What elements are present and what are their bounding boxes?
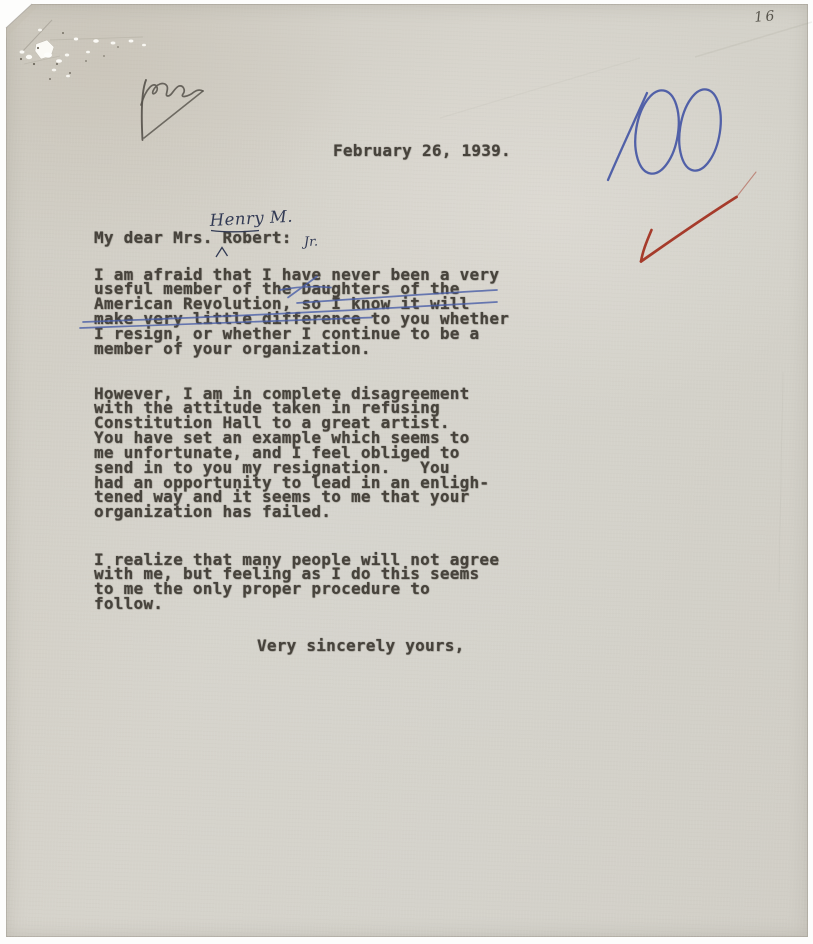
scanned-letter-page: February 26, 1939. My dear Mrs. Robert: …: [0, 0, 813, 944]
paragraph-2: However, I am in complete disagreement w…: [94, 387, 489, 521]
paragraph-1: I am afraid that I have never been a ver…: [94, 268, 509, 357]
paragraph-3: I realize that many people will not agre…: [94, 553, 499, 612]
date-line: February 26, 1939.: [333, 144, 511, 159]
closing-line: Very sincerely yours,: [257, 639, 465, 654]
salutation-line: My dear Mrs. Robert:: [94, 231, 292, 246]
